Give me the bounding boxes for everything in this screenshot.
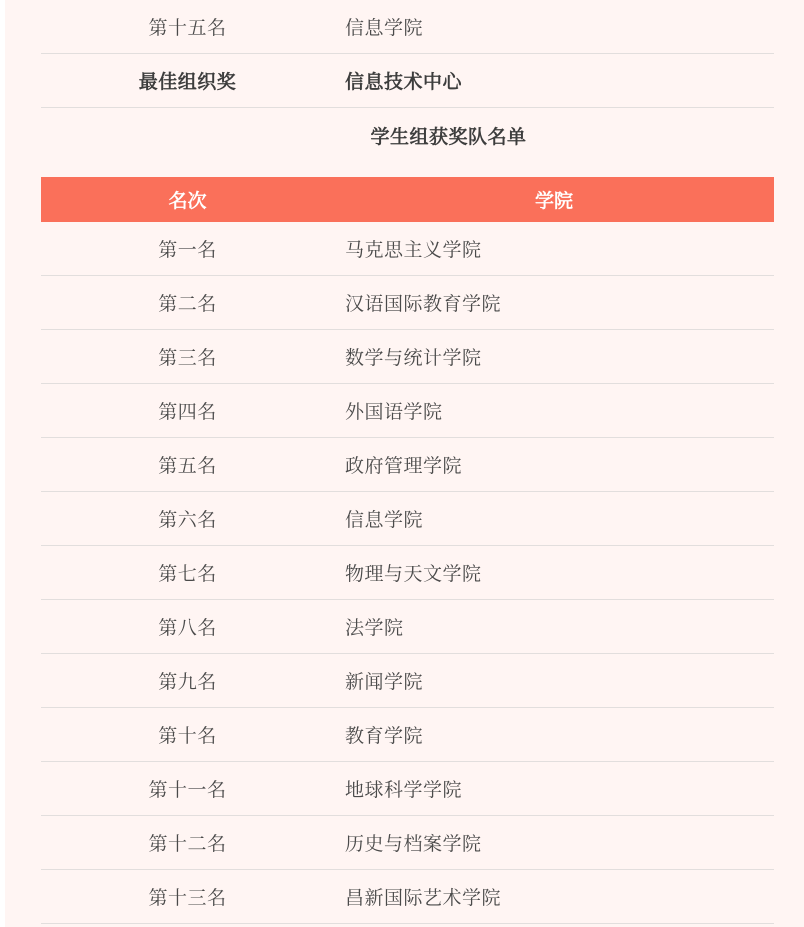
college-cell: 地球科学学院 bbox=[334, 775, 774, 802]
college-cell: 汉语国际教育学院 bbox=[334, 289, 774, 316]
college-cell: 昌新国际艺术学院 bbox=[334, 883, 774, 910]
college-cell: 教育学院 bbox=[334, 721, 774, 748]
table-row: 第三名数学与统计学院 bbox=[41, 330, 774, 384]
rank-cell: 第二名 bbox=[41, 289, 334, 316]
college-cell: 信息学院 bbox=[334, 13, 774, 40]
table-row: 第五名政府管理学院 bbox=[41, 438, 774, 492]
table-row: 第六名信息学院 bbox=[41, 492, 774, 546]
college-cell: 物理与天文学院 bbox=[334, 559, 774, 586]
college-cell: 信息学院 bbox=[334, 505, 774, 532]
college-cell: 马克思主义学院 bbox=[334, 235, 774, 262]
table-row: 第十一名地球科学学院 bbox=[41, 762, 774, 816]
table-row: 第七名物理与天文学院 bbox=[41, 546, 774, 600]
rank-cell: 第十一名 bbox=[41, 775, 334, 802]
rank-cell: 第一名 bbox=[41, 235, 334, 262]
table-body: 第一名马克思主义学院第二名汉语国际教育学院第三名数学与统计学院第四名外国语学院第… bbox=[41, 222, 774, 924]
table-header: 名次 学院 bbox=[41, 177, 774, 222]
rank-cell: 第五名 bbox=[41, 451, 334, 478]
rank-cell: 第九名 bbox=[41, 667, 334, 694]
table-row: 第八名法学院 bbox=[41, 600, 774, 654]
rank-cell: 第六名 bbox=[41, 505, 334, 532]
table-row: 第十三名昌新国际艺术学院 bbox=[41, 870, 774, 924]
college-cell: 政府管理学院 bbox=[334, 451, 774, 478]
section-title-text: 学生组获奖队名单 bbox=[370, 122, 526, 149]
table-row: 第十名教育学院 bbox=[41, 708, 774, 762]
header-college: 学院 bbox=[334, 186, 774, 213]
table-row: 第十二名历史与档案学院 bbox=[41, 816, 774, 870]
table-row: 第九名新闻学院 bbox=[41, 654, 774, 708]
table-row: 第一名马克思主义学院 bbox=[41, 222, 774, 276]
award-label: 最佳组织奖 bbox=[41, 67, 334, 94]
rank-cell: 第十二名 bbox=[41, 829, 334, 856]
best-organization-award-row: 最佳组织奖 信息技术中心 bbox=[41, 54, 774, 108]
award-college: 信息技术中心 bbox=[334, 67, 774, 94]
previous-awards-table: 第十五名 信息学院 最佳组织奖 信息技术中心 bbox=[41, 0, 774, 108]
table-row: 第十五名 信息学院 bbox=[41, 0, 774, 54]
section-title: 学生组获奖队名单 bbox=[41, 106, 774, 177]
rank-cell: 第四名 bbox=[41, 397, 334, 424]
rank-cell: 第三名 bbox=[41, 343, 334, 370]
header-rank: 名次 bbox=[41, 186, 334, 213]
college-cell: 法学院 bbox=[334, 613, 774, 640]
rank-cell: 第八名 bbox=[41, 613, 334, 640]
rank-cell: 第十三名 bbox=[41, 883, 334, 910]
rank-cell: 第十五名 bbox=[41, 13, 334, 40]
college-cell: 历史与档案学院 bbox=[334, 829, 774, 856]
student-awards-table: 名次 学院 第一名马克思主义学院第二名汉语国际教育学院第三名数学与统计学院第四名… bbox=[41, 177, 774, 924]
college-cell: 数学与统计学院 bbox=[334, 343, 774, 370]
page-background: 第十五名 信息学院 最佳组织奖 信息技术中心 学生组获奖队名单 名次 学院 第一… bbox=[5, 0, 804, 927]
rank-cell: 第十名 bbox=[41, 721, 334, 748]
rank-cell: 第七名 bbox=[41, 559, 334, 586]
college-cell: 新闻学院 bbox=[334, 667, 774, 694]
table-row: 第四名外国语学院 bbox=[41, 384, 774, 438]
college-cell: 外国语学院 bbox=[334, 397, 774, 424]
table-row: 第二名汉语国际教育学院 bbox=[41, 276, 774, 330]
